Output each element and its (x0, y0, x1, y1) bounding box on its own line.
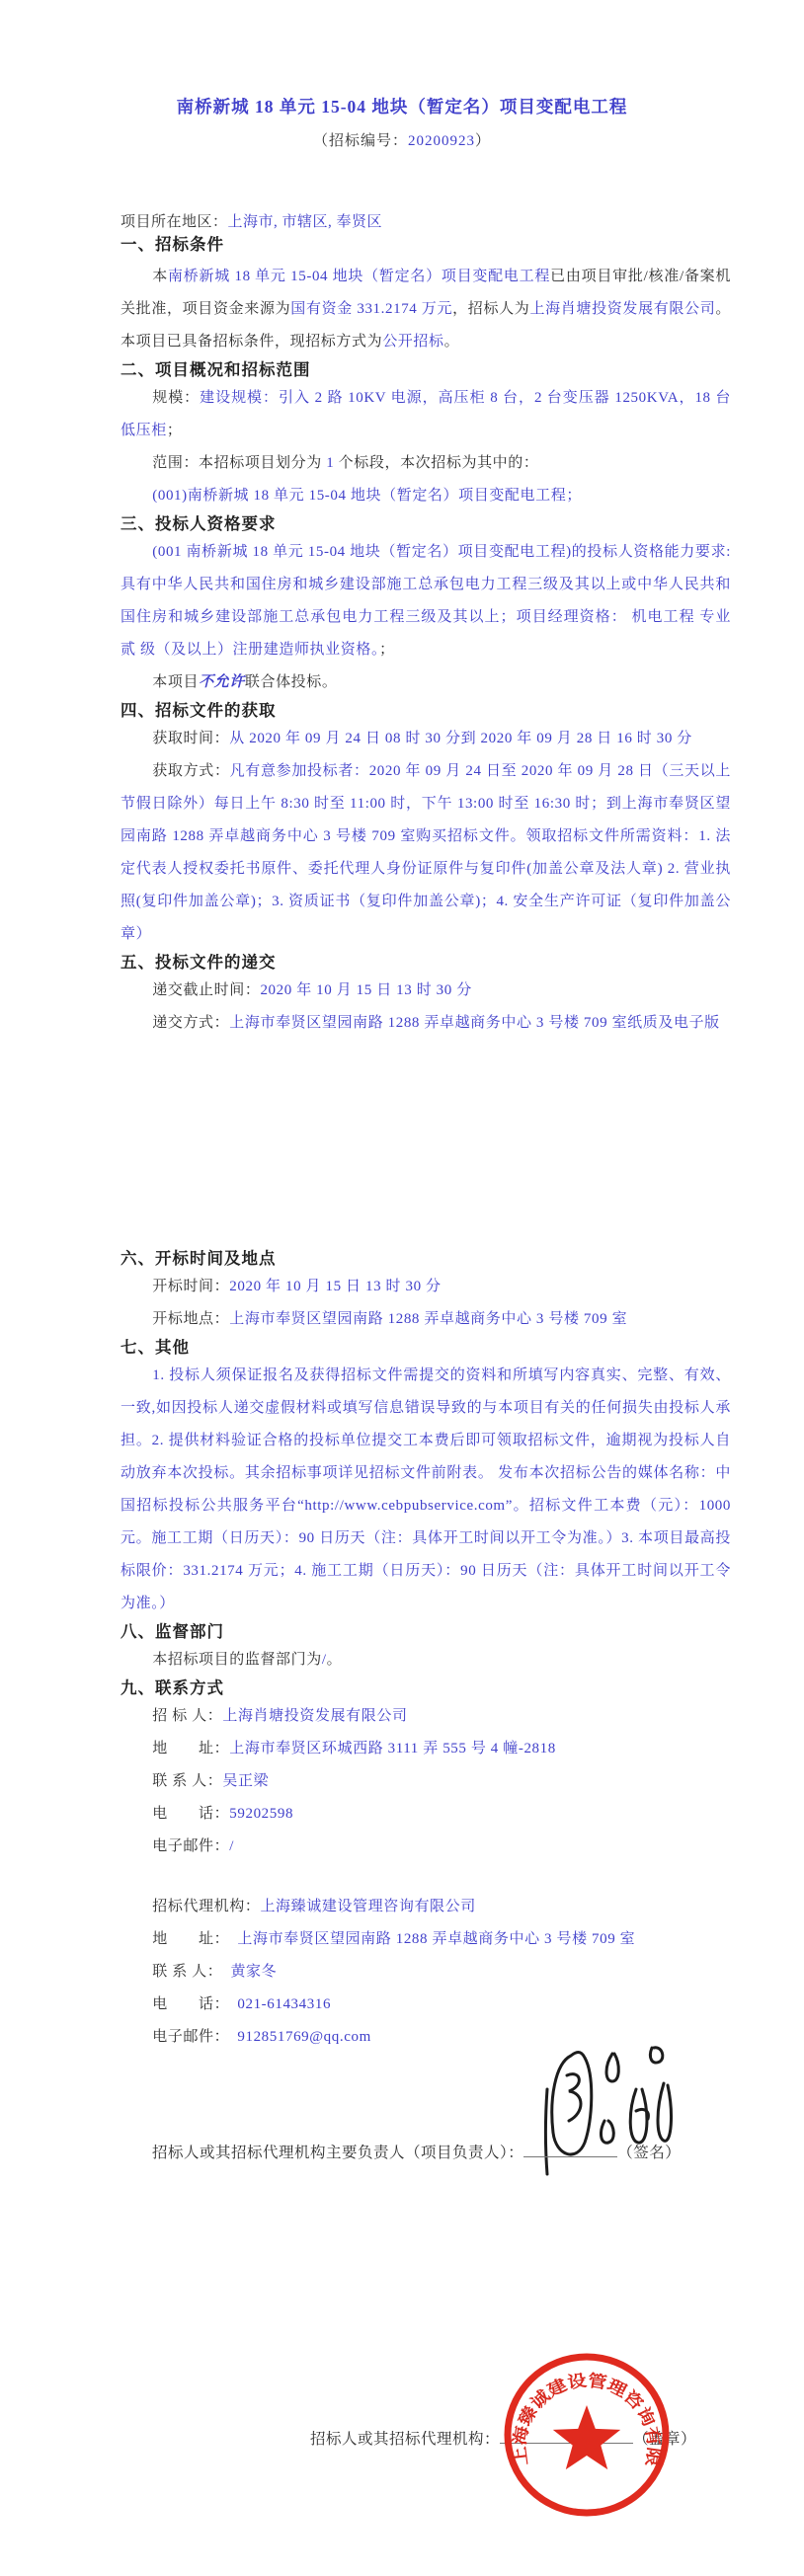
text-run: 上海市奉贤区望园南路 1288 弄卓越商务中心 3 号楼 709 室 (222, 1931, 636, 1947)
blank-space (121, 1040, 731, 1247)
text-run: ，招标人为 (452, 301, 529, 317)
text-run: 1. 投标人须保证报名及获得招标文件需提交的资料和所填写内容真实、完整、有效、一… (121, 1367, 731, 1611)
text-run: 凡有意参加投标者：2020 年 09 月 24 日至 2020 年 09 月 2… (121, 763, 731, 942)
paragraph: 规模：建设规模：引入 2 路 10KV 电源，高压柜 8 台，2 台变压器 12… (121, 382, 731, 447)
paragraph: 递交截止时间：2020 年 10 月 15 日 13 时 30 分 (121, 975, 731, 1007)
text-run: 规模： (152, 390, 200, 406)
text-run: 912851769@qq.com (222, 2029, 371, 2045)
contact-row: 电 话：59202598 (121, 1798, 731, 1831)
text-run: 上海市奉贤区望园南路 1288 弄卓越商务中心 3 号楼 709 室 (229, 1311, 627, 1327)
contact-row: 联 系 人： 黄家冬 (121, 1956, 731, 1989)
section-heading-4: 四、招标文件的获取 (121, 699, 731, 723)
paragraph: (001)南桥新城 18 单元 15-04 地块（暂定名）项目变配电工程； (121, 480, 731, 512)
text-run: 获取时间： (152, 731, 229, 746)
signature-label: 招标人或其招标代理机构主要负责人（项目负责人）： (152, 2145, 523, 2161)
text-run: 招 标 人： (152, 1708, 222, 1724)
text-run: 吴正梁 (222, 1773, 269, 1789)
text-run: 电 话： (152, 1996, 222, 2012)
paragraph: 本项目不允许联合体投标。 (121, 666, 731, 699)
text-run: 上海肖塘投资发展有限公司 (529, 301, 715, 317)
text-run: 电子邮件： (152, 2029, 222, 2045)
text-run: 递交方式： (152, 1015, 229, 1031)
contact-row: 招标代理机构：上海臻诚建设管理咨询有限公司 (121, 1891, 731, 1923)
text-run: 递交截止时间： (152, 982, 260, 998)
contact-row: 电子邮件：/ (121, 1831, 731, 1863)
tender-number-line: （招标编号：20200923） (73, 130, 731, 152)
paragraph: 本南桥新城 18 单元 15-04 地块（暂定名）项目变配电工程已由项目审批/核… (121, 261, 731, 358)
text-run: ） (475, 133, 491, 149)
company-seal-stamp: 上海臻诚建设管理咨询有限公司 (499, 2348, 675, 2524)
text-run: 2020 年 10 月 15 日 13 时 30 分 (260, 982, 471, 998)
text-run: 电 话： (152, 1806, 229, 1822)
text-run: 20200923 (408, 133, 475, 149)
text-run: 开标地点： (152, 1311, 229, 1327)
text-run: 。 (444, 334, 460, 350)
text-run: (001 南桥新城 18 单元 15-04 地块（暂定名）项目变配电工程)的投标… (121, 544, 731, 658)
text-run: 开标时间： (152, 1279, 229, 1294)
text-run: 本项目 (152, 674, 199, 690)
text-run: 59202598 (229, 1806, 293, 1822)
text-run: 个标段，本次招标为其中的： (339, 455, 539, 471)
paragraph: (001 南桥新城 18 单元 15-04 地块（暂定名）项目变配电工程)的投标… (121, 536, 731, 666)
paragraph: 范围：本招标项目划分为 1 个标段，本次招标为其中的： (121, 447, 731, 480)
text-run: 上海市奉贤区环城西路 3111 弄 555 号 4 幢-2818 (229, 1741, 556, 1756)
contact-row: 地 址： 上海市奉贤区望园南路 1288 弄卓越商务中心 3 号楼 709 室 (121, 1923, 731, 1956)
text-run: 本招标项目的监督部门为 (152, 1652, 322, 1668)
paragraph: 开标时间：2020 年 10 月 15 日 13 时 30 分 (121, 1271, 731, 1303)
text-run: 从 2020 年 09 月 24 日 08 时 30 分到 2020 年 09 … (229, 731, 692, 746)
document-header: 南桥新城 18 单元 15-04 地块（暂定名）项目变配电工程 （招标编号：20… (0, 0, 804, 152)
signature-blank-line (523, 2143, 617, 2157)
blank-space (121, 1863, 731, 1891)
contact-row: 招 标 人：上海肖塘投资发展有限公司 (121, 1700, 731, 1733)
text-run: 1 (322, 455, 339, 471)
text-run: 招标代理机构： (152, 1899, 260, 1914)
signature-suffix: （签名） (617, 2145, 681, 2161)
tenderer-contact-block: 招 标 人：上海肖塘投资发展有限公司 地 址：上海市奉贤区环城西路 3111 弄… (121, 1700, 731, 1863)
seal-area: 招标人或其招标代理机构：（盖章） 上海臻诚建设管理咨询有限公司 (121, 2429, 731, 2451)
section-heading-6: 六、开标时间及地点 (121, 1247, 731, 1271)
paragraph: 本招标项目的监督部门为/。 (121, 1644, 731, 1677)
signature-area: 招标人或其招标代理机构主要负责人（项目负责人）：（签名） (121, 2054, 731, 2164)
text-run: 获取方式： (152, 763, 229, 779)
paragraph: 1. 投标人须保证报名及获得招标文件需提交的资料和所填写内容真实、完整、有效、一… (121, 1360, 731, 1620)
section-heading-3: 三、投标人资格要求 (121, 512, 731, 536)
text-run: (001)南桥新城 18 单元 15-04 地块（暂定名）项目变配电工程； (152, 488, 582, 504)
text-run: 黄家冬 (215, 1964, 277, 1980)
text-run: 南桥新城 18 单元 15-04 地块（暂定名）项目变配电工程 (168, 269, 550, 284)
contact-row: 联 系 人：吴正梁 (121, 1765, 731, 1798)
text-run: 2020 年 10 月 15 日 13 时 30 分 (229, 1279, 441, 1294)
text-run: 联 系 人： (152, 1964, 215, 1980)
agency-contact-block: 招标代理机构：上海臻诚建设管理咨询有限公司 地 址： 上海市奉贤区望园南路 12… (121, 1891, 731, 2054)
section-heading-7: 七、其他 (121, 1336, 731, 1360)
text-run: 国有资金 331.2174 万元 (290, 301, 452, 317)
document-title: 南桥新城 18 单元 15-04 地块（暂定名）项目变配电工程 (73, 95, 731, 118)
text-run: 。 (327, 1652, 343, 1668)
paragraph: 获取方式：凡有意参加投标者：2020 年 09 月 24 日至 2020 年 0… (121, 755, 731, 951)
paragraph: 获取时间：从 2020 年 09 月 24 日 08 时 30 分到 2020 … (121, 723, 731, 755)
text-run: / (229, 1838, 234, 1854)
text-run: 地 址： (152, 1741, 229, 1756)
section-heading-5: 五、投标文件的递交 (121, 951, 731, 975)
text-run: ； (167, 423, 183, 438)
text-run: 上海市奉贤区望园南路 1288 弄卓越商务中心 3 号楼 709 室纸质及电子版 (229, 1015, 720, 1031)
text-run: 范围：本招标项目划分为 (152, 455, 322, 471)
seal-label: 招标人或其招标代理机构： (310, 2431, 500, 2448)
text-run: 021-61434316 (222, 1996, 331, 2012)
paragraph: 递交方式：上海市奉贤区望园南路 1288 弄卓越商务中心 3 号楼 709 室纸… (121, 1007, 731, 1040)
text-run: 联 系 人： (152, 1773, 222, 1789)
text-run: 地 址： (152, 1931, 222, 1947)
text-run: （招标编号： (313, 133, 408, 149)
tender-notice-page: { "colors": { "accent_blue": "#3f3fca", … (0, 0, 804, 2576)
section-heading-9: 九、联系方式 (121, 1677, 731, 1700)
text-run: ； (379, 642, 395, 658)
text-run: 项目所在地区： (121, 214, 228, 230)
seal-star-icon (553, 2405, 620, 2469)
text-run: 不允许 (199, 674, 245, 690)
section-heading-8: 八、监督部门 (121, 1620, 731, 1644)
project-region-line: 项目所在地区：上海市, 市辖区, 奉贤区 (121, 211, 731, 233)
document-body: 项目所在地区：上海市, 市辖区, 奉贤区 一、招标条件 本南桥新城 18 单元 … (0, 211, 804, 2451)
text-run: 公开招标 (382, 334, 443, 350)
text-run: 上海肖塘投资发展有限公司 (222, 1708, 407, 1724)
paragraph: 开标地点：上海市奉贤区望园南路 1288 弄卓越商务中心 3 号楼 709 室 (121, 1303, 731, 1336)
text-run: 电子邮件： (152, 1838, 229, 1854)
text-run: 建设规模：引入 2 路 10KV 电源，高压柜 8 台，2 台变压器 1250K… (121, 390, 731, 438)
section-heading-1: 一、招标条件 (121, 233, 731, 257)
contact-row: 电 话： 021-61434316 (121, 1989, 731, 2021)
signature-line: 招标人或其招标代理机构主要负责人（项目负责人）：（签名） (121, 2143, 731, 2164)
contact-row: 地 址：上海市奉贤区环城西路 3111 弄 555 号 4 幢-2818 (121, 1733, 731, 1765)
text-run: 联合体投标。 (245, 674, 338, 690)
section-heading-2: 二、项目概况和招标范围 (121, 358, 731, 382)
text-run: 上海臻诚建设管理咨询有限公司 (260, 1899, 475, 1914)
text-run: 上海市, 市辖区, 奉贤区 (228, 214, 383, 230)
text-run: 本 (152, 269, 168, 284)
